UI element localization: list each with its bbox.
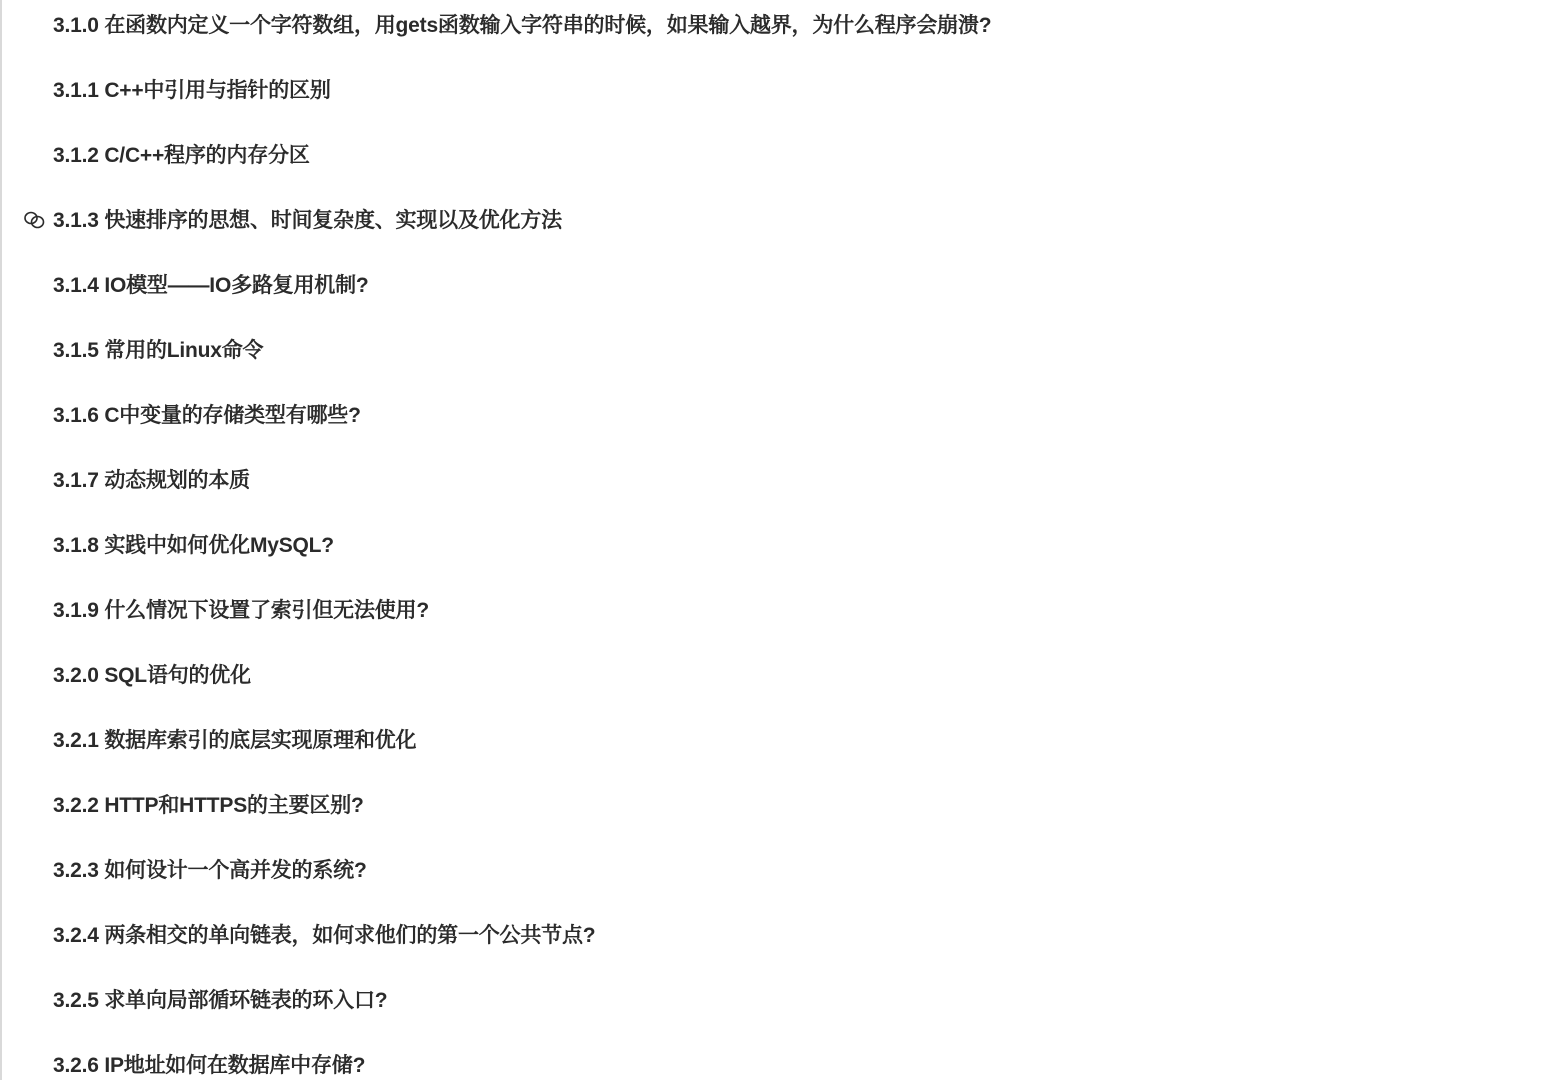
heading-3-1-1[interactable]: 3.1.1 C++中引用与指针的区别 xyxy=(53,76,331,106)
heading-3-2-1[interactable]: 3.2.1 数据库索引的底层实现原理和优化 xyxy=(53,726,416,756)
heading-3-1-0[interactable]: 3.1.0 在函数内定义一个字符数组，用gets函数输入字符串的时候，如果输入越… xyxy=(53,11,991,41)
heading-3-2-5[interactable]: 3.2.5 求单向局部循环链表的环入口? xyxy=(53,986,387,1016)
heading-3-2-3[interactable]: 3.2.3 如何设计一个高并发的系统? xyxy=(53,856,367,886)
link-icon[interactable] xyxy=(22,209,48,231)
heading-3-1-6[interactable]: 3.1.6 C中变量的存储类型有哪些? xyxy=(53,401,361,431)
heading-3-1-9[interactable]: 3.1.9 什么情况下设置了索引但无法使用? xyxy=(53,596,429,626)
heading-3-1-2[interactable]: 3.1.2 C/C++程序的内存分区 xyxy=(53,141,310,171)
heading-3-2-6[interactable]: 3.2.6 IP地址如何在数据库中存储? xyxy=(53,1051,365,1080)
heading-3-2-0[interactable]: 3.2.0 SQL语句的优化 xyxy=(53,661,251,691)
left-border-rule xyxy=(0,0,2,1080)
heading-3-1-8[interactable]: 3.1.8 实践中如何优化MySQL? xyxy=(53,531,334,561)
heading-3-1-3[interactable]: 3.1.3 快速排序的思想、时间复杂度、实现以及优化方法 xyxy=(53,206,562,236)
heading-3-1-4[interactable]: 3.1.4 IO模型——IO多路复用机制? xyxy=(53,271,369,301)
heading-3-1-5[interactable]: 3.1.5 常用的Linux命令 xyxy=(53,336,263,366)
heading-3-2-2[interactable]: 3.2.2 HTTP和HTTPS的主要区别? xyxy=(53,791,364,821)
heading-3-1-7[interactable]: 3.1.7 动态规划的本质 xyxy=(53,466,250,496)
heading-3-2-4[interactable]: 3.2.4 两条相交的单向链表，如何求他们的第一个公共节点? xyxy=(53,921,595,951)
